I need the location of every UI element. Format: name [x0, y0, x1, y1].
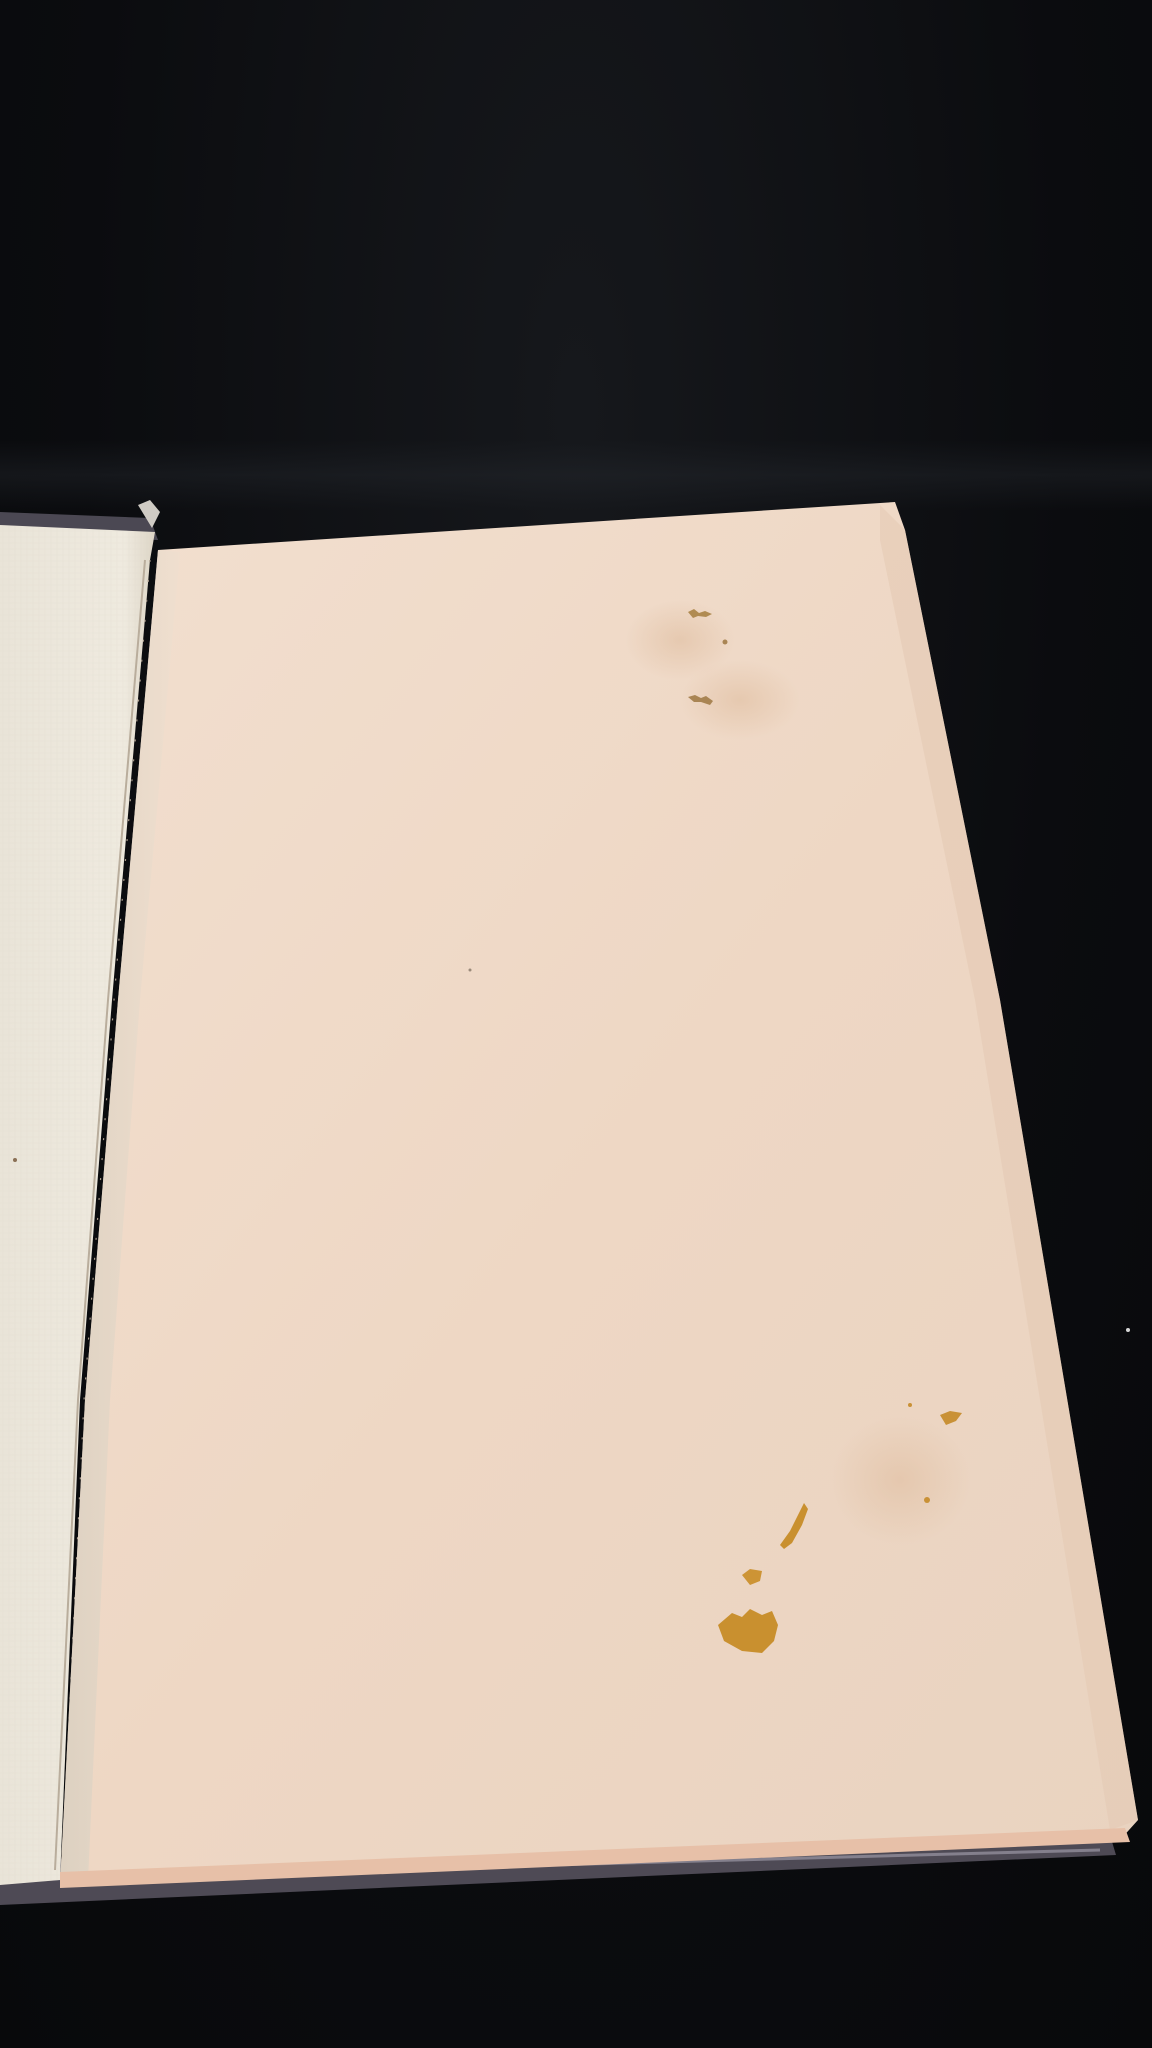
speck [13, 1158, 17, 1162]
book-scene [0, 0, 1152, 2048]
endpaper-leaf [60, 502, 1138, 1885]
